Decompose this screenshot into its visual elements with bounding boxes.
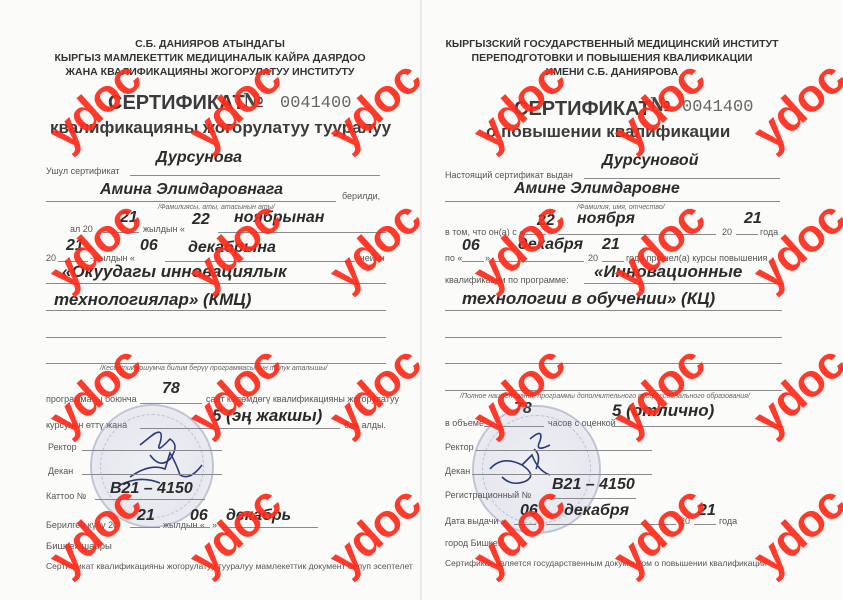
rector-label: Ректор <box>48 442 77 452</box>
issue-date-close-label: » <box>538 516 543 526</box>
given-names-value: Амине Элимдаровне <box>514 180 680 198</box>
to-close-label: » <box>485 253 490 263</box>
grade-suffix-label: баа алды. <box>344 420 386 430</box>
city-label: город Бишкек <box>445 538 502 548</box>
certificate-subtitle: о повышении квалификации <box>486 122 730 142</box>
program-line-2-value: технологии в обучении» (КЦ) <box>462 289 715 309</box>
certificate-number: 0041400 <box>280 94 351 113</box>
institution-line-3: ИМЕНИ С.Б. ДАНИЯРОВА <box>422 66 802 78</box>
footer-note: Сертификат является государственным доку… <box>445 558 767 568</box>
grade-value: 5 (эң жакшы) <box>212 406 322 426</box>
dean-label: Декан <box>445 466 470 476</box>
footer-note: Сертификат квалификацияны жогорулатуу ту… <box>46 561 413 571</box>
to-year-value: 21 <box>602 236 620 254</box>
to-day-value: 06 <box>140 237 158 255</box>
issue-year-suffix-label: года <box>719 516 737 526</box>
registration-number-value: B21 – 4150 <box>552 476 635 494</box>
until-label: чейин <box>360 253 385 263</box>
issue-date-mid-label: жылдын « <box>163 520 205 530</box>
issue-month-value: декабрь <box>226 507 291 525</box>
issue-date-prefix-label: Дата выдачи « <box>445 516 506 526</box>
issue-year-prefix-label: 20 <box>680 516 690 526</box>
to-month-value: декабря <box>518 236 583 254</box>
issue-month-value: декабря <box>564 502 629 520</box>
certificate-spread: С.Б. ДАНИЯРОВ АТЫНДАГЫ КЫРГЫЗ МАМЛЕКЕТТИ… <box>0 0 843 600</box>
institution-line-1: С.Б. ДАНИЯРОВ АТЫНДАГЫ <box>0 38 420 50</box>
given-label: берилди, <box>342 191 380 201</box>
registration-number-value: B21 – 4150 <box>110 480 193 498</box>
registration-number-label: Регистрационный № <box>445 490 531 500</box>
issued-to-label: Настоящий сертификат выдан <box>445 170 573 180</box>
from-prefix-label: в том, что он(а) с « <box>445 227 524 237</box>
from-year-prefix-label: 20 <box>722 227 732 237</box>
from-year-suffix-label: года <box>760 227 778 237</box>
certificate-number: 0041400 <box>682 98 753 117</box>
program-caption: /Полное наименование программы дополните… <box>460 393 750 400</box>
institution-line-2: КЫРГЫЗ МАМЛЕКЕТТИК МЕДИЦИНАЛЫК КАЙРА ДАЯ… <box>0 52 420 64</box>
from-year-value: 21 <box>744 210 762 228</box>
certificate-title: СЕРТИФИКАТ <box>108 92 245 115</box>
hours-suffix-label: саат көлөмдөгү квалификацияны жогорулату… <box>206 394 399 404</box>
institution-line-1: КЫРГЫЗСКИЙ ГОСУДАРСТВЕННЫЙ МЕДИЦИНСКИЙ И… <box>422 38 802 50</box>
institution-line-3: ЖАНА КВАЛИФИКАЦИЯНЫ ЖОГОРУЛАТУУ ИНСТИТУТ… <box>0 66 420 78</box>
number-symbol: № <box>243 90 264 112</box>
certificate-title: СЕРТИФИКАТ <box>514 98 651 121</box>
from-prefix-label: ал 20 <box>70 224 93 234</box>
program-line-1-value: «Инновационные <box>594 262 742 282</box>
left-page-kyrgyz: С.Б. ДАНИЯРОВ АТЫНДАГЫ КЫРГЫЗ МАМЛЕКЕТТИ… <box>0 0 420 600</box>
rector-label: Ректор <box>445 442 474 452</box>
given-names-value: Амина Элимдаровнага <box>100 181 283 199</box>
hours-value: 78 <box>162 380 180 398</box>
issue-year-value: 21 <box>137 507 155 525</box>
from-day-value: 22 <box>192 211 210 229</box>
issue-year-value: 21 <box>698 502 716 520</box>
hours-prefix-label: программасы боюнча <box>46 394 137 404</box>
registration-number-label: Каттоо № <box>46 491 86 501</box>
number-symbol: № <box>650 94 671 116</box>
hours-prefix-label: в объеме <box>445 418 484 428</box>
program-line-2-value: технологиялар» (КМЦ) <box>54 290 251 310</box>
grade-value: 5 (отлично) <box>612 401 714 421</box>
to-day-value: 06 <box>462 237 480 255</box>
right-page-russian: КЫРГЫЗСКИЙ ГОСУДАРСТВЕННЫЙ МЕДИЦИНСКИЙ И… <box>422 0 843 600</box>
issue-date-prefix-label: Берилген күнү 20 <box>46 520 118 530</box>
program-line-1-value: «Окуудагы инновациялык <box>62 262 287 282</box>
to-prefix-label: 20 <box>46 253 56 263</box>
surname-value: Дурсуновой <box>602 152 698 170</box>
to-prefix-label: по « <box>445 253 462 263</box>
institution-line-2: ПЕРЕПОДГОТОВКИ И ПОВЫШЕНИЯ КВАЛИФИКАЦИИ <box>422 52 802 64</box>
from-month-value: ноябрынан <box>234 209 324 227</box>
issue-date-close-label: » <box>212 520 217 530</box>
issue-day-value: 06 <box>520 502 538 520</box>
program-caption: /Кесиптик кошумча билим берүү программас… <box>100 365 327 372</box>
city-label: Бишкек шаары <box>46 541 112 552</box>
to-month-value: декабрына <box>188 239 276 257</box>
from-year-suffix-label: жылдын « <box>143 224 185 234</box>
from-year-value: 21 <box>120 209 138 227</box>
certificate-subtitle: квалификацияны жогорулатуу тууралуу <box>50 118 391 138</box>
from-month-value: ноября <box>577 210 635 228</box>
to-year-value: 21 <box>66 237 84 255</box>
dean-label: Декан <box>48 466 73 476</box>
issued-to-label: Ушул сертификат <box>46 166 120 176</box>
program-prefix-label: квалификации по программе: <box>445 275 569 285</box>
surname-value: Дурсунова <box>156 149 242 167</box>
